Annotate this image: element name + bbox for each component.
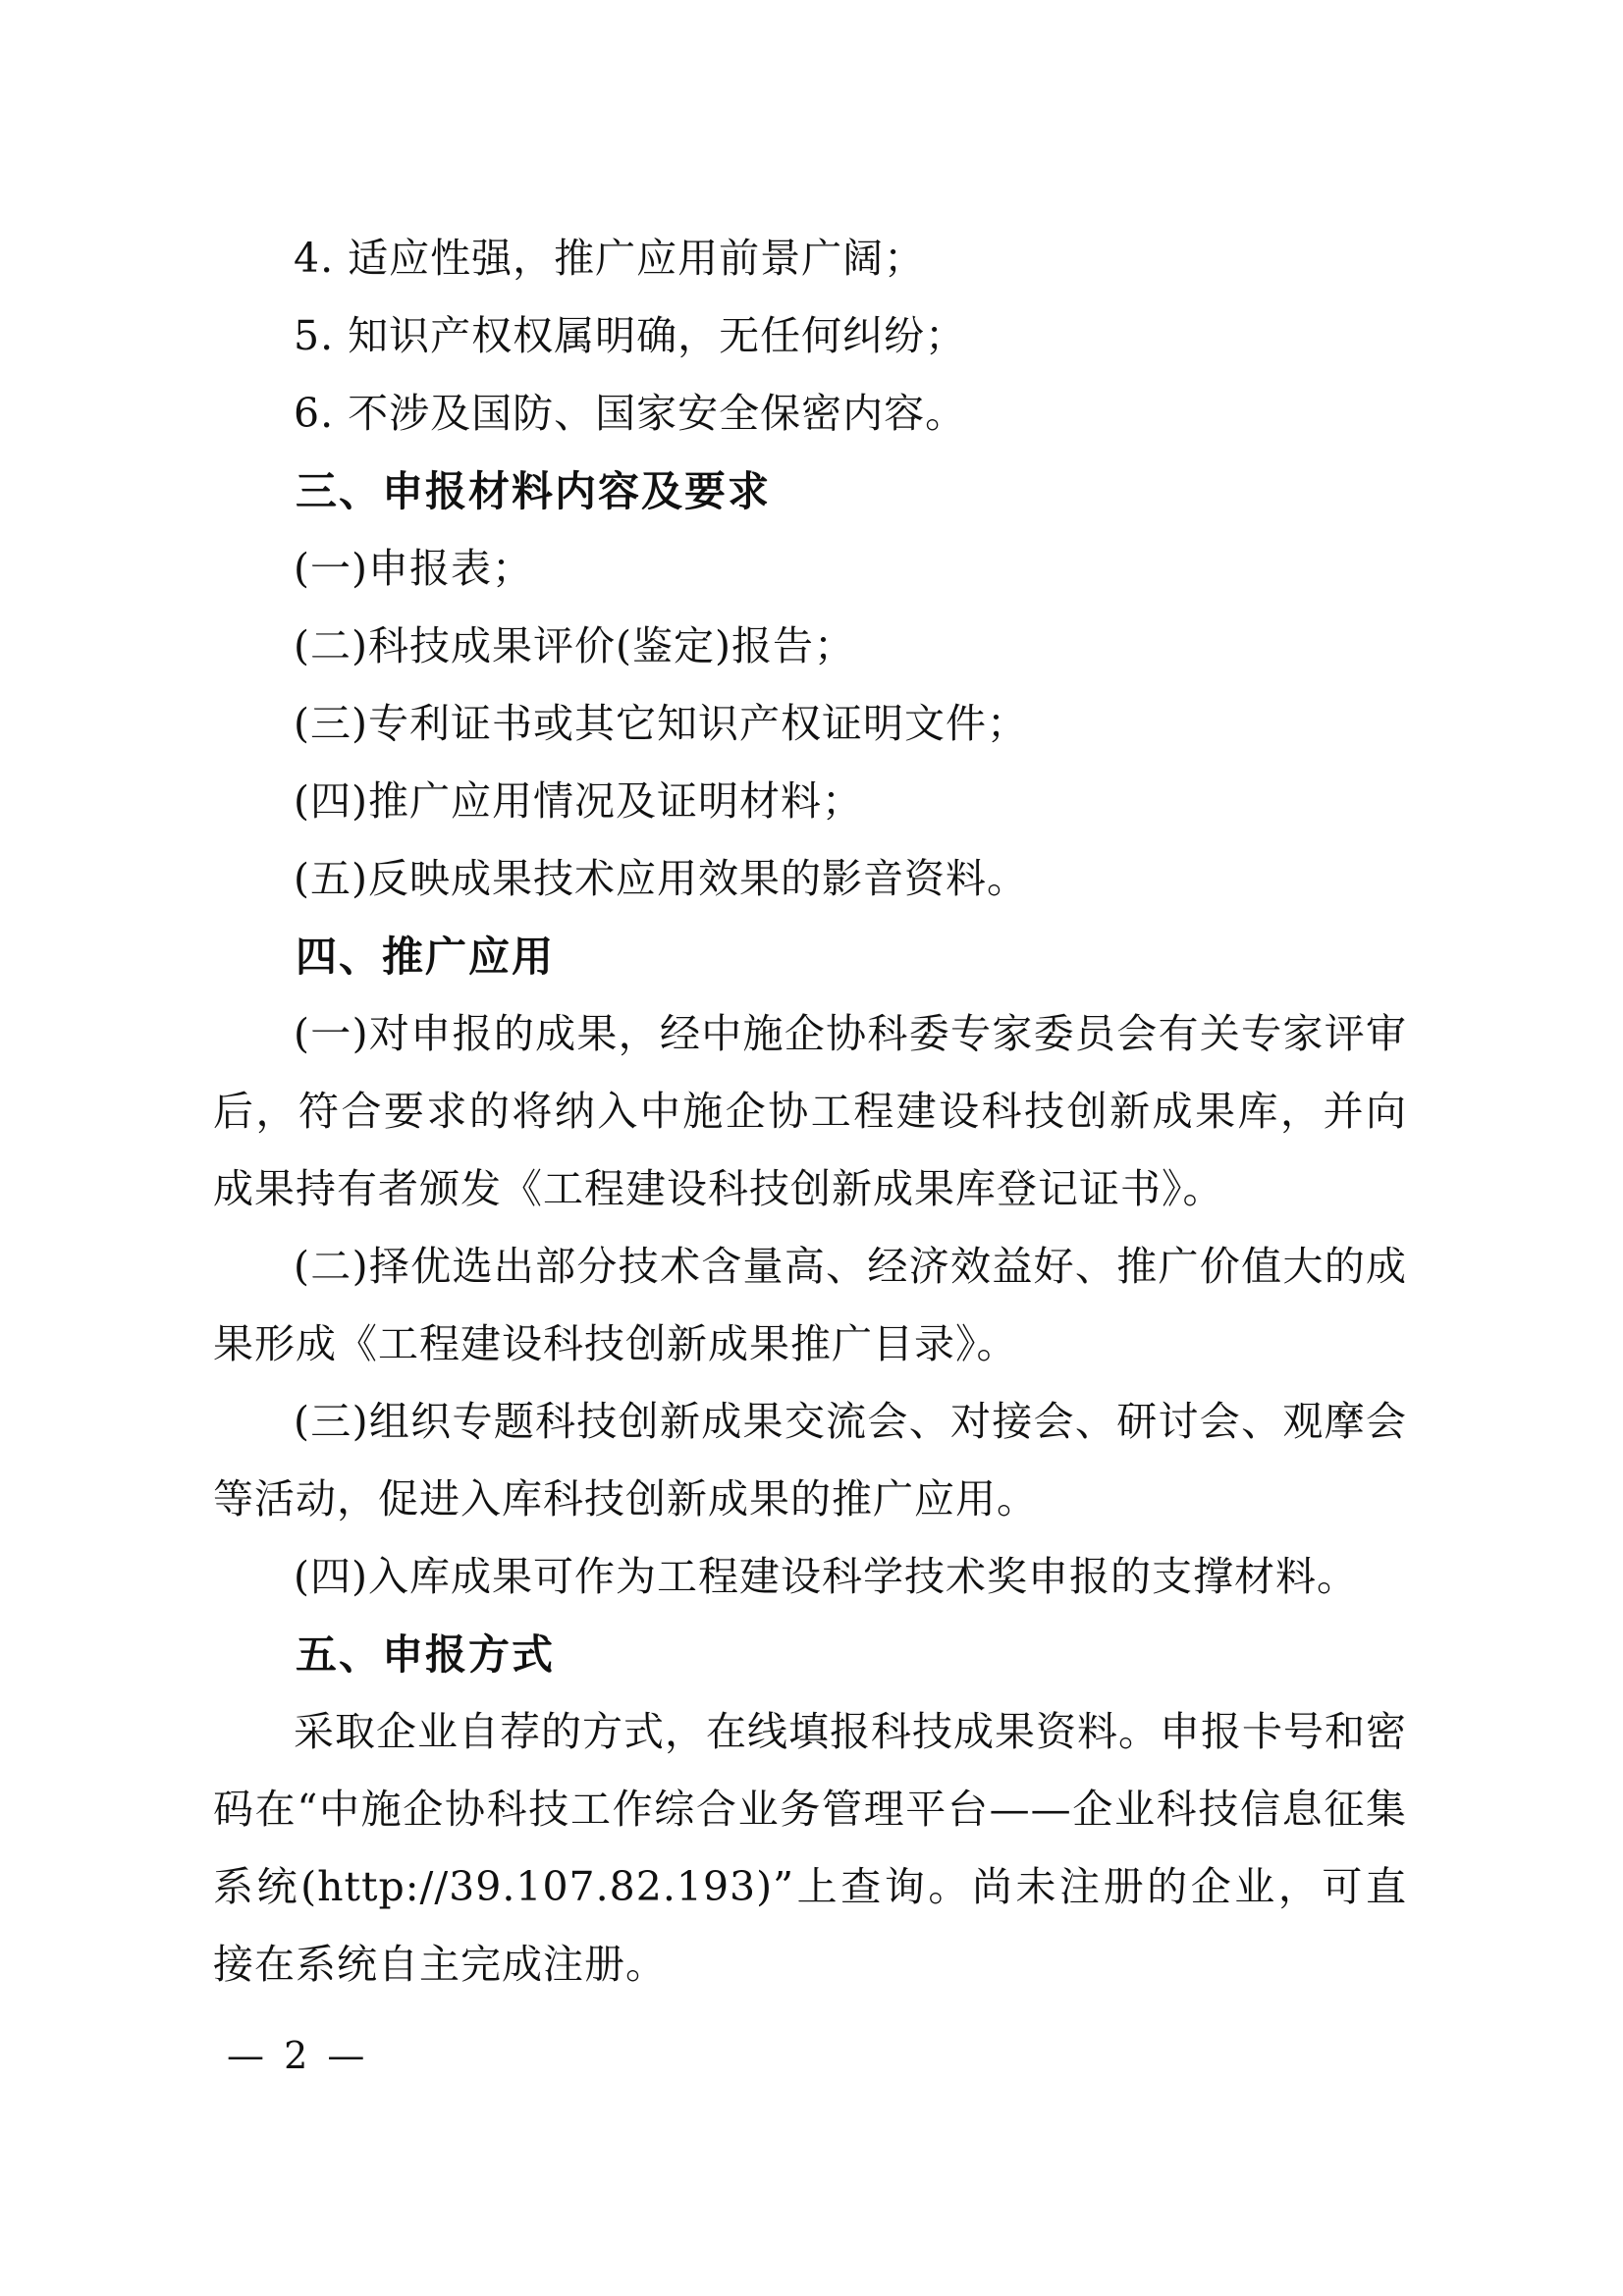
- paragraph-application-method: 采取企业自荐的方式，在线填报科技成果资料。申报卡号和密码在“中施企协科技工作综合…: [213, 1693, 1407, 2003]
- section-heading-4: 四、推广应用: [213, 918, 1407, 995]
- section-heading-3: 三、申报材料内容及要求: [213, 453, 1407, 530]
- item-application-form: (一)申报表；: [213, 530, 1407, 608]
- item-promotion-proof: (四)推广应用情况及证明材料；: [213, 763, 1407, 840]
- paragraph-promotion-catalog: (二)择优选出部分技术含量高、经济效益好、推广价值大的成果形成《工程建设科技创新…: [213, 1228, 1407, 1383]
- page-number: — 2 —: [227, 2033, 1623, 2078]
- section-heading-5: 五、申报方式: [213, 1616, 1407, 1693]
- list-item-4: 4. 适应性强，推广应用前景广阔；: [213, 220, 1407, 297]
- item-evaluation-report: (二)科技成果评价(鉴定)报告；: [213, 608, 1407, 685]
- document-body: 4. 适应性强，推广应用前景广阔； 5. 知识产权权属明确，无任何纠纷； 6. …: [0, 0, 1623, 2003]
- paragraph-expert-review: (一)对申报的成果，经中施企协科委专家委员会有关专家评审后，符合要求的将纳入中施…: [213, 995, 1407, 1228]
- paragraph-exchange-activities: (三)组织专题科技创新成果交流会、对接会、研讨会、观摩会等活动，促进入库科技创新…: [213, 1383, 1407, 1538]
- list-item-5: 5. 知识产权权属明确，无任何纠纷；: [213, 297, 1407, 375]
- item-audio-video: (五)反映成果技术应用效果的影音资料。: [213, 840, 1407, 918]
- paragraph-award-support: (四)入库成果可作为工程建设科学技术奖申报的支撑材料。: [213, 1538, 1407, 1616]
- list-item-6: 6. 不涉及国防、国家安全保密内容。: [213, 375, 1407, 453]
- item-patent-certificate: (三)专利证书或其它知识产权证明文件；: [213, 685, 1407, 763]
- document-page: 4. 适应性强，推广应用前景广阔； 5. 知识产权权属明确，无任何纠纷； 6. …: [0, 0, 1623, 2296]
